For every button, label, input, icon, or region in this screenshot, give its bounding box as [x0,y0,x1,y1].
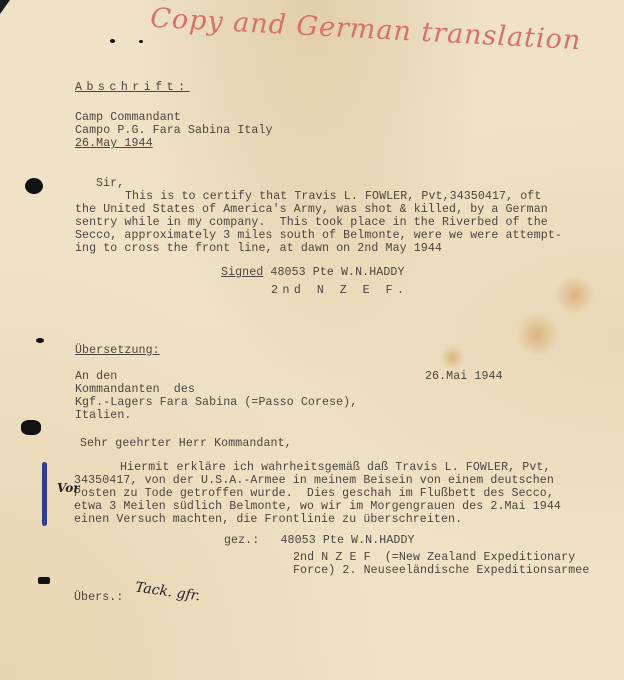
copy-heading: Abschrift: [75,81,190,94]
address-line: Campo P.G. Fara Sabina Italy [75,124,273,137]
address-line: An den [75,370,117,383]
unit: 2nd N Z E F. [271,284,409,297]
body-line: 34350417, von der U.S.A.-Armee in meinem… [74,474,554,487]
signature-line: Signed 48053 Pte W.N.HADDY [221,266,405,279]
signer: 48053 Pte W.N.HADDY [280,534,414,547]
address-line: Camp Commandant [75,111,181,124]
body-line: ing to cross the front line, at dawn on … [75,242,442,255]
translation-heading: Übersetzung: [75,344,160,357]
punch-dot [38,577,50,584]
punch-dot [36,338,44,343]
body-line: the United States of America's Army, was… [75,203,548,216]
signature-line: gez.: 48053 Pte W.N.HADDY [224,534,415,547]
stain [440,345,465,370]
signed-label: Signed [221,266,263,279]
stain [555,275,595,315]
body-line: Secco, approximately 3 miles south of Be… [75,229,562,242]
punch-dot [139,40,143,43]
salutation: Sehr geehrter Herr Kommandant, [80,437,292,450]
address-line: Kgf.-Lagers Fara Sabina (=Passo Corese), [75,396,357,409]
body-line: einen Versuch machten, die Frontlinie zu… [74,513,462,526]
address-date: 26.May 1944 [75,137,153,150]
body-line: etwa 3 Meilen südlich Belmonte, wo wir i… [74,500,561,513]
stain [515,312,560,357]
punch-hole [25,178,43,194]
translator-label: Übers.: [74,591,123,604]
address-line: Italien. [75,409,131,422]
translator-signature: Tack. gfr. [134,580,201,605]
blue-margin-mark [42,462,47,526]
margin-note: Vor [57,481,80,495]
salutation: Sir, [96,177,124,190]
translation-date: 26.Mai 1944 [425,370,503,383]
unit-line: 2nd N Z E F (=New Zealand Expeditionary [293,551,575,564]
punch-hole [21,420,41,435]
handwritten-note: Copy and German translation [149,3,582,57]
body-line: sentry while in my company. This took pl… [75,216,548,229]
address-line: Kommandanten des [75,383,195,396]
unit-line: Force) 2. Neuseeländische Expeditionsarm… [293,564,589,577]
body-line: Posten zu Tode getroffen wurde. Dies ges… [74,487,554,500]
body-line: This is to certify that Travis L. FOWLER… [125,190,541,203]
punch-dot [110,39,115,43]
torn-corner [0,0,10,14]
body-line: Hiermit erkläre ich wahrheitsgemäß daß T… [120,461,551,474]
signer: 48053 Pte W.N.HADDY [270,266,404,279]
signed-label: gez.: [224,534,259,547]
